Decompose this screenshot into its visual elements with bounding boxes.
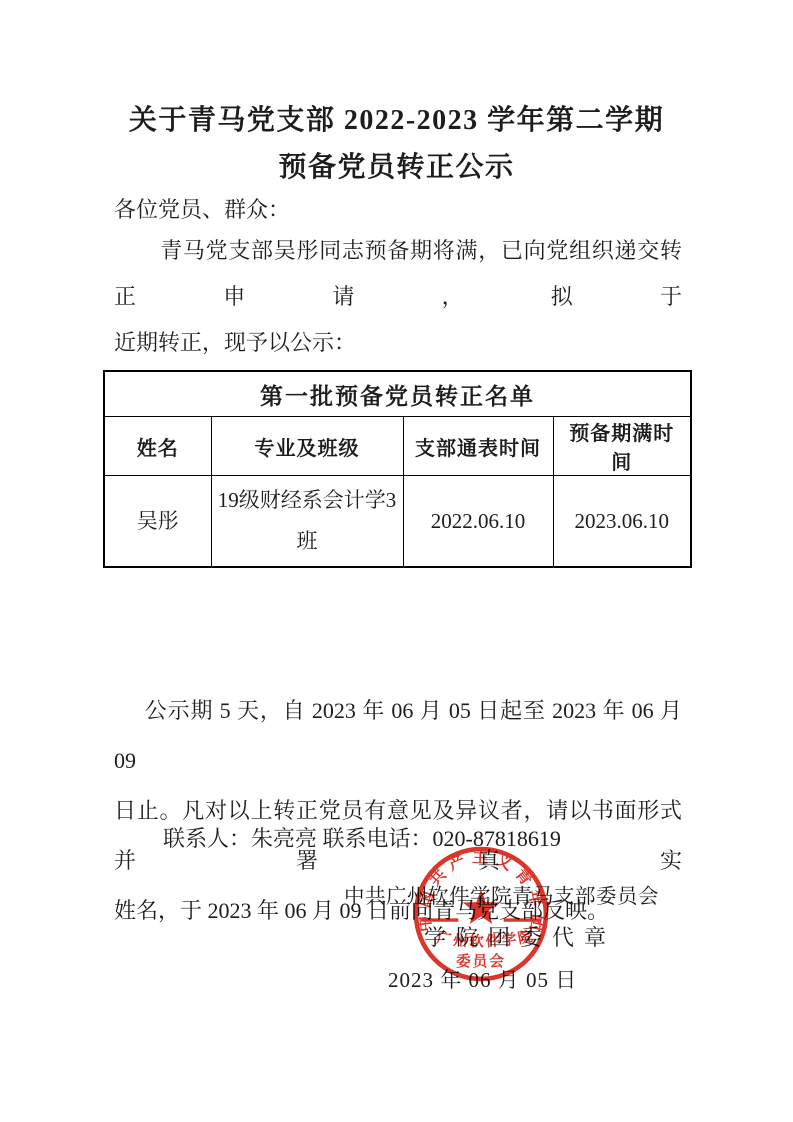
- roster-table-wrap: 第一批预备党员转正名单 姓名 专业及班级 支部通表时间 预备期满时间 吴彤 19…: [103, 370, 690, 568]
- official-stamp: 中国共产主义青年团 广州软件学院 委员会: [408, 841, 554, 987]
- title-line-1: 关于青马党支部 2022-2023 学年第二学期: [0, 97, 793, 144]
- roster-table: 第一批预备党员转正名单 姓名 专业及班级 支部通表时间 预备期满时间 吴彤 19…: [103, 370, 692, 568]
- cell-name: 吴彤: [104, 476, 211, 568]
- document-title: 关于青马党支部 2022-2023 学年第二学期 预备党员转正公示: [0, 97, 793, 191]
- svg-text:广州软件学院: 广州软件学院: [436, 927, 536, 951]
- title-line-2: 预备党员转正公示: [0, 144, 793, 191]
- column-header-branch-approval-time: 支部通表时间: [403, 417, 553, 476]
- intro-line: 近期转正，现予以公示：: [114, 320, 682, 366]
- greeting-line: 各位党员、群众：: [114, 193, 290, 224]
- table-caption: 第一批预备党员转正名单: [104, 371, 691, 417]
- intro-paragraph: 青马党支部吴彤同志预备期将满，已向党组织递交转正申请，拟于 近期转正，现予以公示…: [114, 228, 682, 366]
- column-header-name: 姓名: [104, 417, 211, 476]
- document-page: 关于青马党支部 2022-2023 学年第二学期 预备党员转正公示 各位党员、群…: [0, 0, 793, 1122]
- table-row: 吴彤 19级财经系会计学3班 2022.06.10 2023.06.10: [104, 476, 691, 568]
- cell-branch-approval-time: 2022.06.10: [403, 476, 553, 568]
- intro-line: 青马党支部吴彤同志预备期将满，已向党组织递交转正申请，拟于: [114, 228, 682, 320]
- stamp-sub-text: 委员会: [456, 952, 506, 970]
- cell-probation-end-time: 2023.06.10: [553, 476, 691, 568]
- column-header-probation-end-time: 预备期满时间: [553, 417, 691, 476]
- star-icon: [463, 889, 499, 924]
- notice-line: 公示期 5 天，自 2023 年 06 月 05 日起至 2023 年 06 月…: [114, 686, 682, 786]
- stamp-graphic: 中国共产主义青年团 广州软件学院 委员会: [408, 841, 554, 987]
- column-header-major-class: 专业及班级: [211, 417, 403, 476]
- stamp-org-text: 广州软件学院: [436, 927, 536, 951]
- cell-major-class: 19级财经系会计学3班: [211, 476, 403, 568]
